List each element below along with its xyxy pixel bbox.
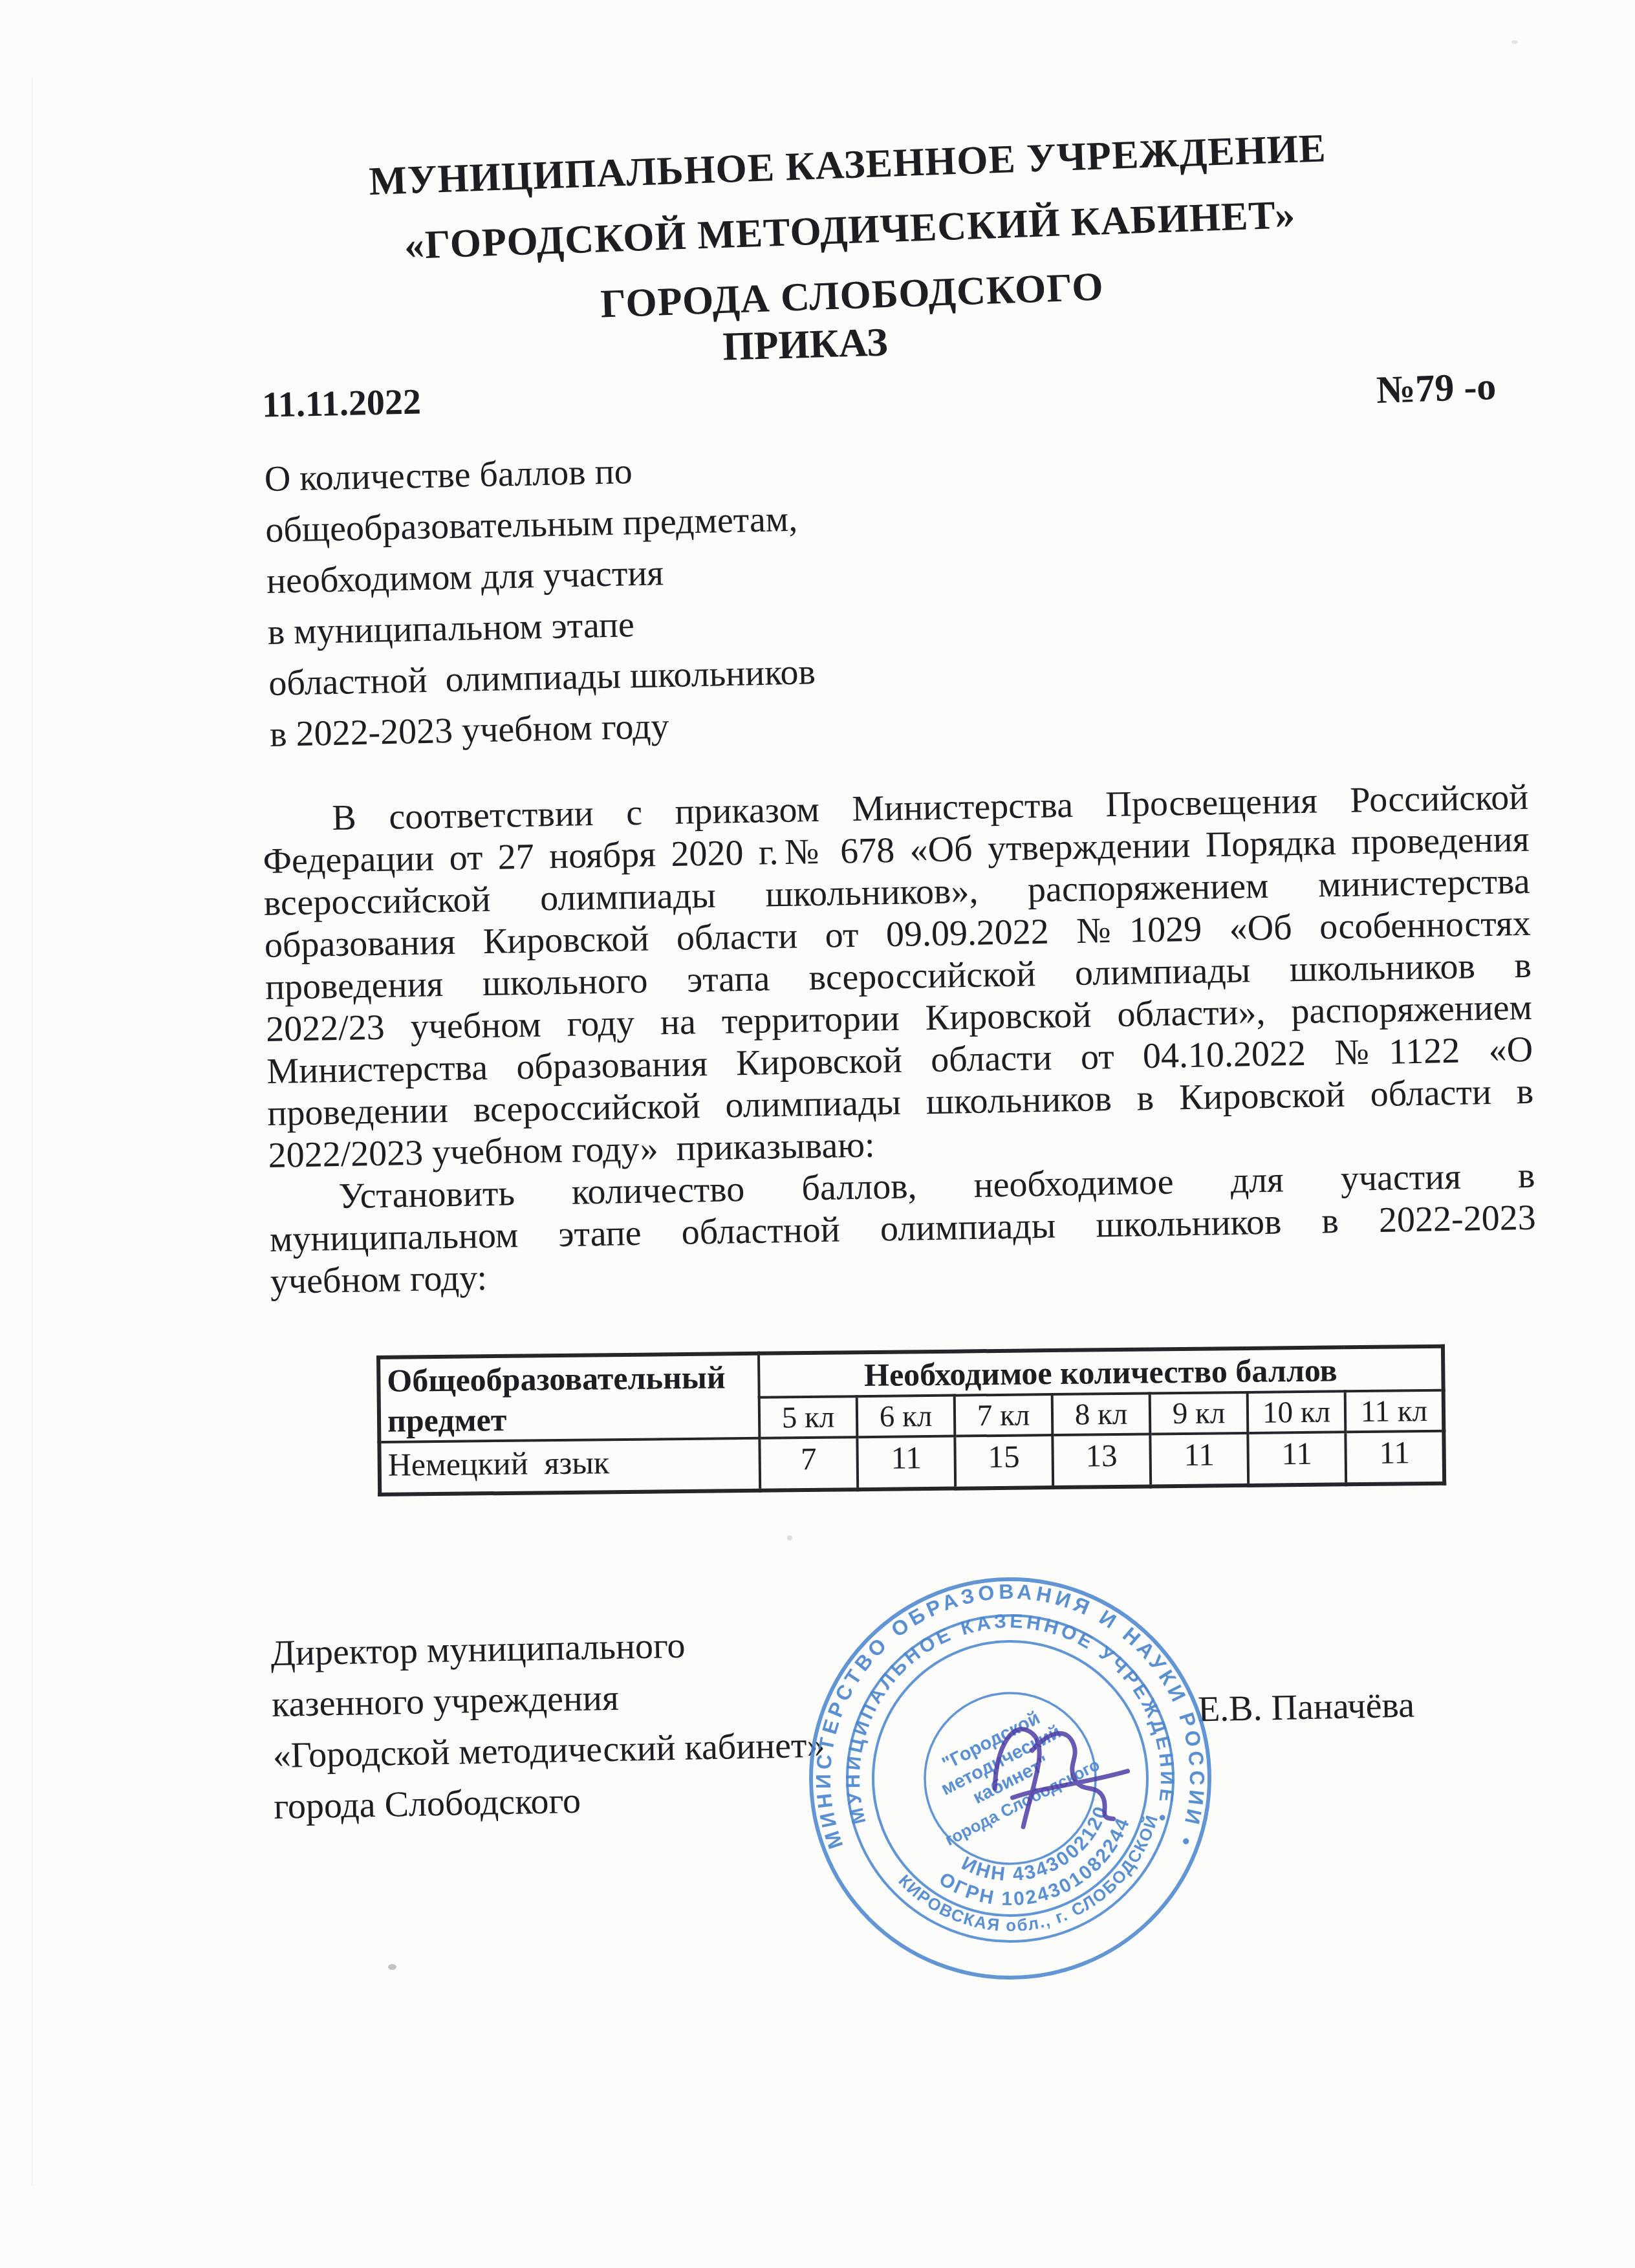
scan-speck (787, 1535, 792, 1540)
score-cell: 11 (1248, 1432, 1346, 1485)
document-number: №79 -о (1376, 364, 1497, 413)
score-cell: 15 (955, 1435, 1053, 1489)
signatory-name: Е.В. Паначёва (1197, 1684, 1414, 1730)
signature-title-block: Директор муниципального казенного учрежд… (270, 1618, 827, 1833)
order-subject: О количестве баллов по общеобразовательн… (264, 442, 817, 761)
subject-line: в 2022-2023 учебном году (269, 698, 817, 761)
class-header: 10 кл (1248, 1391, 1346, 1433)
class-header: 8 кл (1052, 1394, 1151, 1436)
subject-column-header: Общеобразовательный предмет (378, 1354, 759, 1442)
score-cell: 11 (1345, 1431, 1444, 1485)
score-cell: 11 (1150, 1433, 1248, 1487)
scan-speck (1511, 40, 1518, 44)
order-body: В соответствии с приказом Министерства П… (262, 777, 1537, 1303)
signature-title-line: «Городской методический кабинет» (272, 1720, 825, 1782)
stamp-graphic: МИНИСТЕРСТВО ОБРАЗОВАНИЯ И НАУКИ РОССИИ … (797, 1565, 1224, 1992)
table-row: Немецкий язык 7 11 15 13 11 11 11 (379, 1431, 1444, 1495)
subject-cell: Немецкий язык (379, 1438, 760, 1495)
class-header: 7 кл (955, 1394, 1053, 1436)
scanned-order-page: МУНИЦИПАЛЬНОЕ КАЗЕННОЕ УЧРЕЖДЕНИЕ «ГОРОД… (0, 0, 1635, 2268)
document-date: 11.11.2022 (261, 381, 421, 426)
score-cell: 13 (1052, 1434, 1151, 1487)
scores-table-wrap: Общеобразовательный предмет Необходимое … (376, 1345, 1446, 1496)
score-cell: 7 (759, 1437, 858, 1491)
points-span-header: Необходимое количество баллов (759, 1346, 1444, 1398)
official-round-stamp: МИНИСТЕРСТВО ОБРАЗОВАНИЯ И НАУКИ РОССИИ … (797, 1565, 1224, 1992)
signature-title-line: города Слободского (274, 1771, 827, 1833)
score-cell: 11 (857, 1436, 955, 1490)
class-header: 6 кл (857, 1396, 955, 1438)
class-header: 9 кл (1150, 1392, 1248, 1434)
scan-speck (388, 1964, 396, 1970)
class-header: 11 кл (1345, 1390, 1444, 1432)
scan-artifact-line (31, 78, 33, 2186)
scores-table: Общеобразовательный предмет Необходимое … (376, 1345, 1446, 1496)
class-header: 5 кл (759, 1396, 858, 1438)
